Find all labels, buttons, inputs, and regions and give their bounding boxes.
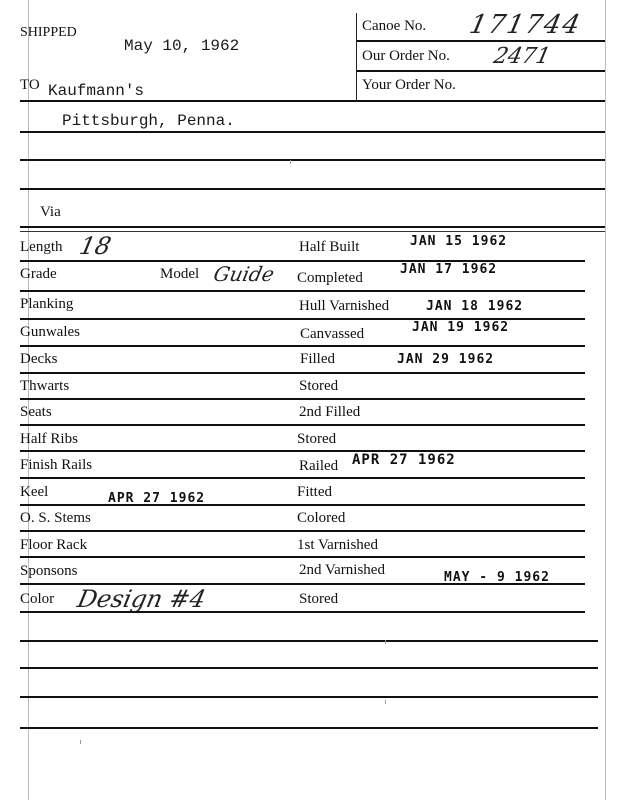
order-box-divider: [356, 13, 357, 101]
field-canvassed-stamp: JAN 19 1962: [412, 320, 509, 335]
our-order-value: 2471: [491, 44, 552, 69]
scan-speck: [385, 700, 386, 704]
field-length-value: 18: [77, 232, 113, 260]
field-decks-label: Decks: [20, 351, 58, 368]
field-half-ribs-label: Half Ribs: [20, 431, 78, 448]
row-line-7: [20, 424, 585, 426]
field-half-built-label: Half Built: [299, 239, 359, 256]
scan-speck: [290, 160, 291, 164]
field-color-label: Color: [20, 591, 54, 608]
row-line-2: [20, 290, 585, 292]
field-keel-label: Keel: [20, 484, 48, 501]
via-label: Via: [40, 204, 61, 221]
field-color-value: Design #4: [75, 585, 208, 613]
blank-line-3: [20, 696, 598, 698]
field-2nd-filled-label: 2nd Filled: [299, 404, 360, 421]
canoe-no-underline: [357, 40, 605, 42]
field-gunwales-label: Gunwales: [20, 324, 80, 341]
canoe-no-value: 171744: [467, 10, 585, 40]
address-line-3: [20, 188, 605, 190]
row-line-14: [20, 611, 585, 613]
field-model-label: Model: [160, 266, 199, 283]
field-1st-varnished-label: 1st Varnished: [297, 537, 378, 554]
shipped-date: May 10, 1962: [124, 37, 239, 55]
field-seats-label: Seats: [20, 404, 52, 421]
header-line-1: [20, 100, 605, 102]
left-margin-line: [28, 0, 29, 800]
our-order-label: Our Order No.: [362, 48, 450, 65]
canoe-no-label: Canoe No.: [362, 18, 426, 35]
field-length-label: Length: [20, 239, 63, 256]
field-stored-2-label: Stored: [297, 431, 336, 448]
field-os-stems-label: O. S. Stems: [20, 510, 91, 527]
field-fitted-label: Fitted: [297, 484, 332, 501]
field-hull-varnished-label: Hull Varnished: [299, 298, 389, 315]
row-line-9: [20, 477, 585, 479]
blank-line-1: [20, 640, 598, 642]
field-grade-label: Grade: [20, 266, 57, 283]
field-planking-label: Planking: [20, 296, 73, 313]
field-floor-rack-label: Floor Rack: [20, 537, 87, 554]
to-name: Kaufmann's: [48, 82, 144, 100]
our-order-underline: [357, 70, 605, 72]
blank-line-2: [20, 667, 598, 669]
row-line-10: [20, 504, 585, 506]
row-line-5: [20, 372, 585, 374]
row-line-4: [20, 345, 585, 347]
field-stored-3-label: Stored: [299, 591, 338, 608]
field-completed-label: Completed: [297, 270, 363, 287]
field-thwarts-label: Thwarts: [20, 378, 69, 395]
field-filled-stamp: JAN 29 1962: [397, 352, 494, 367]
scan-speck: [385, 640, 386, 644]
field-filled-label: Filled: [300, 351, 335, 368]
row-line-12: [20, 556, 585, 558]
field-railed-label: Railed: [299, 458, 338, 475]
field-finish-rails-label: Finish Rails: [20, 457, 92, 474]
field-hull-varnished-stamp: JAN 18 1962: [426, 299, 523, 314]
row-line-6: [20, 398, 585, 400]
right-margin-line: [605, 0, 606, 800]
row-line-11: [20, 530, 585, 532]
field-stored-1-label: Stored: [299, 378, 338, 395]
address-line-1: [20, 131, 605, 133]
row-line-1: [20, 260, 585, 262]
address-line-2: [20, 159, 605, 161]
field-model-value: Guide: [211, 262, 276, 286]
field-completed-stamp: JAN 17 1962: [400, 262, 497, 277]
field-2nd-varnished-label: 2nd Varnished: [299, 562, 385, 579]
field-sponsons-label: Sponsons: [20, 563, 78, 580]
to-label: TO: [20, 77, 40, 94]
via-line-a: [20, 226, 605, 228]
field-half-built-stamp: JAN 15 1962: [410, 234, 507, 249]
field-colored-label: Colored: [297, 510, 345, 527]
to-city: Pittsburgh, Penna.: [62, 112, 235, 130]
shipped-label: SHIPPED: [20, 25, 77, 41]
your-order-label: Your Order No.: [362, 77, 456, 94]
blank-line-4: [20, 727, 598, 729]
row-line-8: [20, 450, 585, 452]
field-canvassed-label: Canvassed: [300, 326, 364, 343]
field-railed-stamp: APR 27 1962: [352, 452, 456, 468]
scan-speck: [80, 740, 81, 744]
